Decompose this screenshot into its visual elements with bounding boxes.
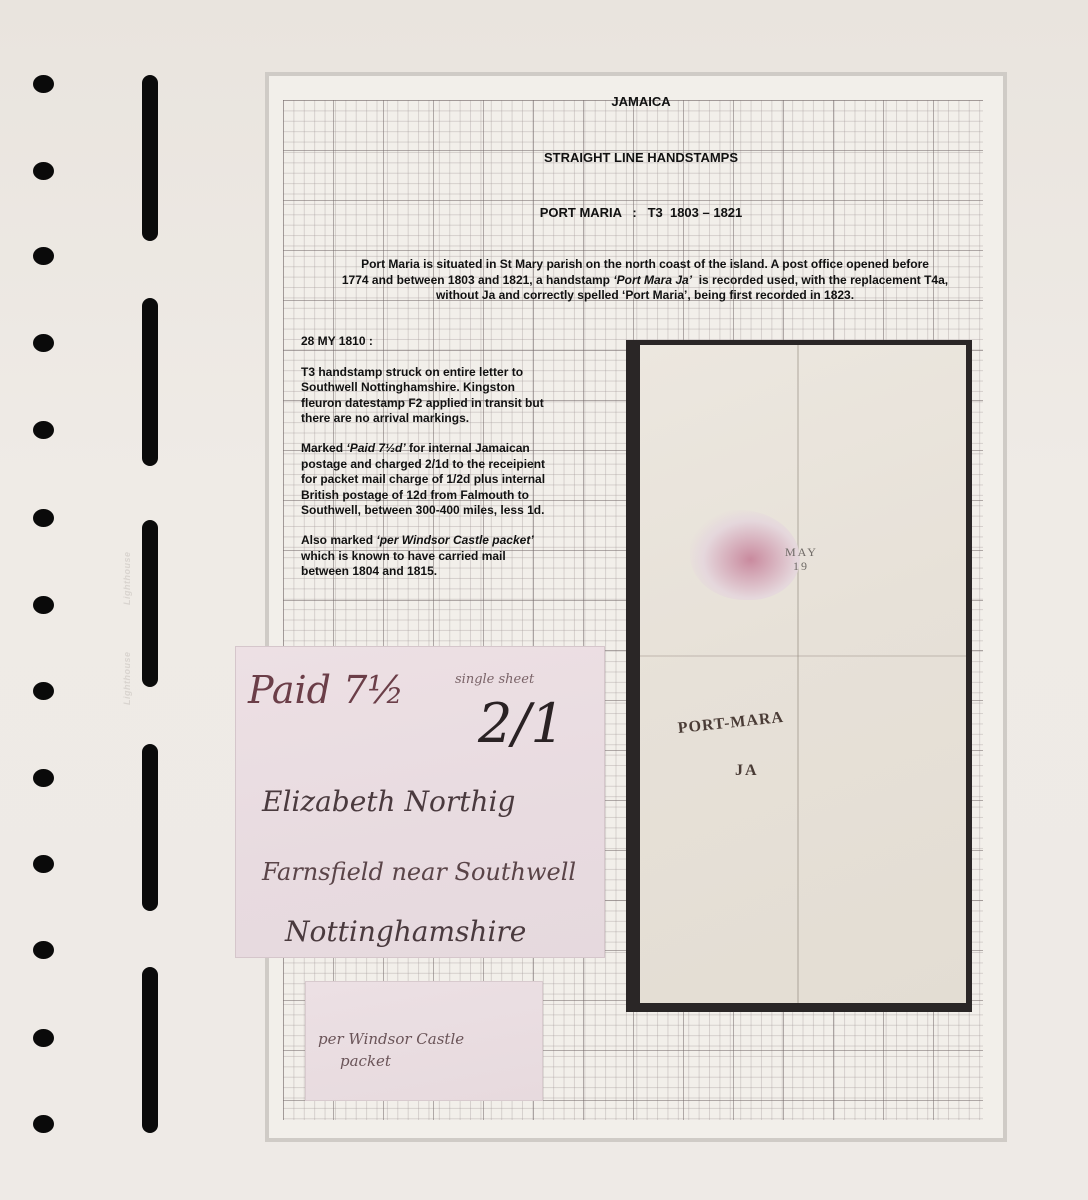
binder-hole-round: [33, 941, 54, 959]
binder-hole-round: [33, 682, 54, 700]
section-heading: STRAIGHT LINE HANDSTAMPS: [283, 150, 999, 165]
packet-endorsement: packet: [340, 1052, 391, 1070]
intro-line: Port Maria is situated in St Mary parish…: [300, 257, 990, 273]
binder-hole-round: [33, 855, 54, 873]
single-sheet-note: single sheet: [455, 672, 534, 687]
intro-line: 1774 and between 1803 and 1821, a handst…: [300, 273, 990, 289]
note-paragraph: T3 handstamp struck on entire letter to …: [301, 365, 551, 427]
kingston-datestamp: MAY 19: [785, 545, 818, 573]
entire-letter-back: [640, 345, 966, 1003]
note-text: Marked: [301, 441, 346, 455]
binder-hole-round: [33, 162, 54, 180]
binder-hole-round: [33, 596, 54, 614]
packet-endorsement: per Windsor Castle: [318, 1030, 464, 1048]
description-notes: 28 MY 1810 : T3 handstamp struck on enti…: [301, 334, 551, 594]
binder-hole-round: [33, 421, 54, 439]
datestamp-month: MAY: [785, 545, 818, 559]
addressee: Elizabeth Northig: [262, 785, 515, 818]
intro-line: without Ja and correctly spelled ‘Port M…: [300, 288, 990, 304]
binder-hole-round: [33, 334, 54, 352]
paid-marking: Paid 7½: [248, 668, 404, 712]
note-italic: ‘per Windsor Castle packet’: [376, 533, 533, 547]
note-text: which is known to have carried mail betw…: [301, 549, 506, 579]
binder-hole-round: [33, 1115, 54, 1133]
note-paragraph: Marked ‘Paid 7½d’ for internal Jamaican …: [301, 441, 551, 519]
port-maria-handstamp-ja: JA: [735, 762, 759, 780]
rate-marking: 2/1: [478, 692, 565, 755]
binder-hole-round: [33, 75, 54, 93]
brand-watermark: Lighthouse: [122, 610, 136, 705]
note-paragraph: Also marked ‘per Windsor Castle packet’ …: [301, 533, 551, 580]
binder-hole-slot: [142, 75, 158, 241]
letter-fold: [640, 655, 966, 657]
datestamp-day: 19: [785, 559, 818, 573]
letter-fold: [797, 345, 799, 1003]
binder-hole-round: [33, 1029, 54, 1047]
cover-date: 28 MY 1810 :: [301, 334, 551, 350]
subtitle-heading: PORT MARIA : T3 1803 – 1821: [283, 205, 999, 220]
intro-italic: ‘Port Mara Ja’: [613, 273, 692, 287]
intro-paragraph: Port Maria is situated in St Mary parish…: [300, 257, 990, 304]
intro-text: 1774 and between 1803 and 1821, a handst…: [342, 273, 613, 287]
binder-hole-round: [33, 509, 54, 527]
page-title: JAMAICA: [283, 94, 999, 109]
brand-watermark: Lighthouse: [122, 515, 136, 605]
address-line: Farnsfield near Southwell: [262, 858, 576, 886]
binder-hole-round: [33, 769, 54, 787]
address-line: Nottinghamshire: [285, 915, 526, 948]
binder-hole-slot: [142, 298, 158, 466]
binder-hole-slot: [142, 520, 158, 687]
note-text: Also marked: [301, 533, 376, 547]
binder-hole-slot: [142, 967, 158, 1133]
note-italic: ‘Paid 7½d’: [346, 441, 405, 455]
intro-text: is recorded used, with the replacement T…: [692, 273, 948, 287]
binder-hole-slot: [142, 744, 158, 911]
binder-hole-round: [33, 247, 54, 265]
